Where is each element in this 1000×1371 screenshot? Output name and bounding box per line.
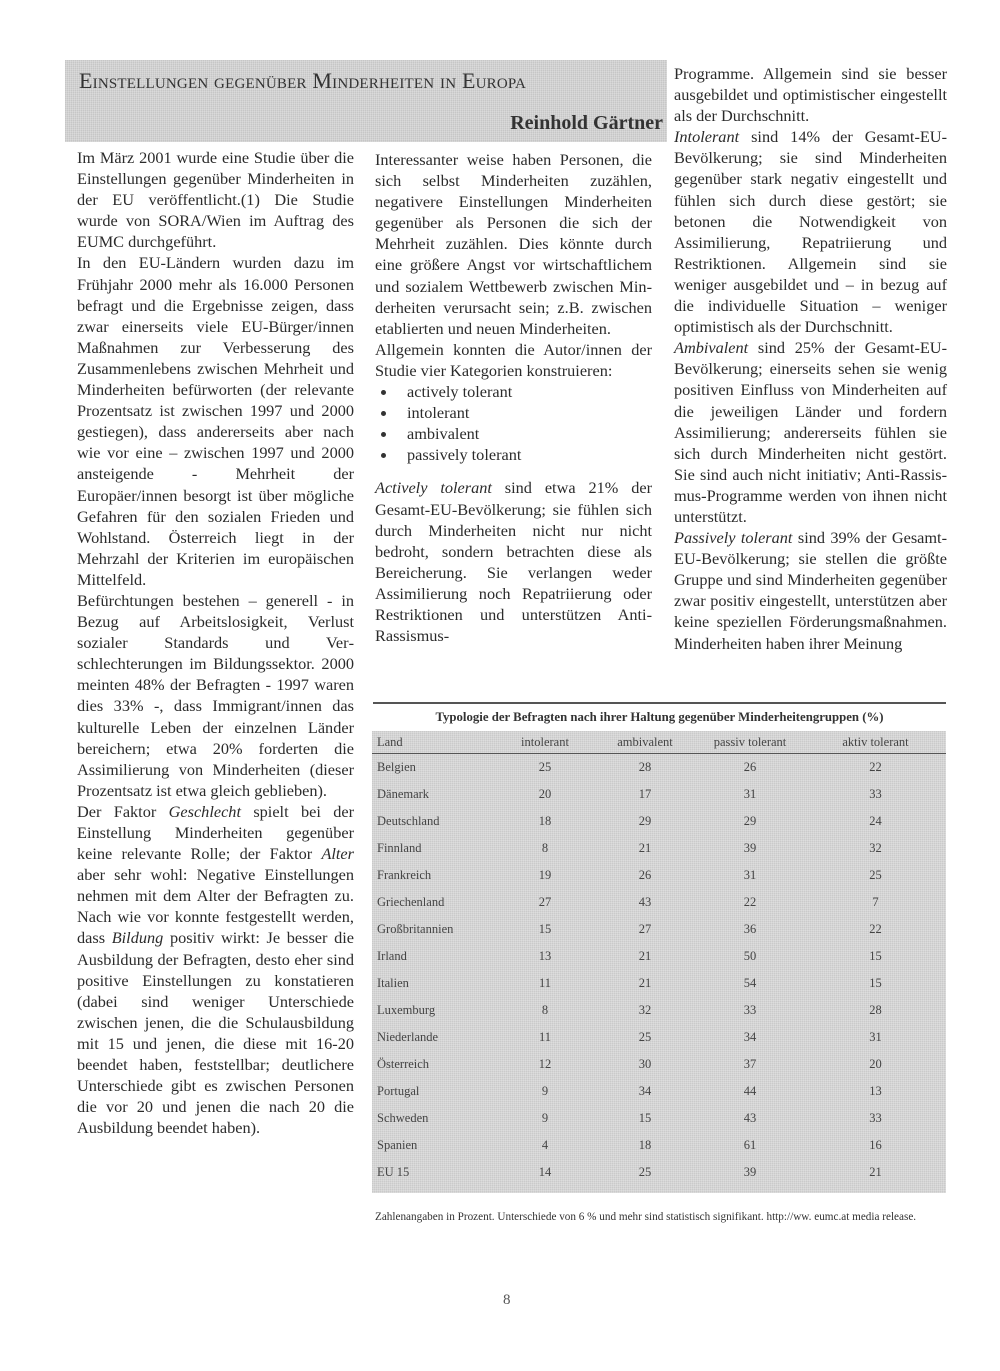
paragraph: Allgemein konnten die Autor/innen der St… — [375, 339, 652, 381]
country-cell: Belgien — [372, 754, 495, 782]
value-cell: 34 — [695, 1024, 805, 1051]
value-cell: 21 — [595, 943, 695, 970]
value-cell: 26 — [595, 862, 695, 889]
page-number: 8 — [503, 1292, 511, 1309]
value-cell: 32 — [595, 997, 695, 1024]
value-cell: 21 — [595, 835, 695, 862]
table-header-row: Land intolerant ambivalent passiv tolera… — [372, 731, 946, 754]
value-cell: 24 — [805, 808, 946, 835]
value-cell: 43 — [595, 889, 695, 916]
value-cell: 28 — [805, 997, 946, 1024]
value-cell: 31 — [695, 781, 805, 808]
value-cell: 43 — [695, 1105, 805, 1132]
value-cell: 37 — [695, 1051, 805, 1078]
value-cell: 30 — [595, 1051, 695, 1078]
table-row: Frankreich19263125 — [372, 862, 946, 889]
column-header: aktiv tolerant — [805, 731, 946, 754]
emphasis: Intolerant — [674, 127, 739, 146]
value-cell: 21 — [805, 1159, 946, 1186]
value-cell: 25 — [595, 1159, 695, 1186]
value-cell: 9 — [495, 1078, 595, 1105]
value-cell: 9 — [495, 1105, 595, 1132]
paragraph: Programme. Allgemein sind sie bes­ser au… — [674, 63, 947, 126]
value-cell: 39 — [695, 835, 805, 862]
emphasis: Actively tolerant — [375, 478, 492, 497]
country-cell: Italien — [372, 970, 495, 997]
value-cell: 25 — [595, 1024, 695, 1051]
paragraph: Der Faktor Geschlecht spielt bei der Ein… — [77, 801, 354, 1139]
table-row: Belgien25282622 — [372, 754, 946, 782]
table-row: Schweden9154333 — [372, 1105, 946, 1132]
value-cell: 13 — [495, 943, 595, 970]
value-cell: 11 — [495, 970, 595, 997]
text: Der Faktor — [77, 802, 169, 821]
paragraph: Befürchtungen bestehen – generell - in B… — [77, 590, 354, 801]
column-3: Programme. Allgemein sind sie bes­ser au… — [674, 63, 947, 654]
table-row: Portugal9344413 — [372, 1078, 946, 1105]
value-cell: 25 — [805, 862, 946, 889]
value-cell: 22 — [805, 754, 946, 782]
table-row: EU 1514253921 — [372, 1159, 946, 1186]
value-cell: 15 — [805, 970, 946, 997]
value-cell: 29 — [595, 808, 695, 835]
value-cell: 50 — [695, 943, 805, 970]
value-cell: 61 — [695, 1132, 805, 1159]
emphasis: Passively tolerant — [674, 528, 792, 547]
value-cell: 17 — [595, 781, 695, 808]
table-row: Niederlande11253431 — [372, 1024, 946, 1051]
article-title: Einstellungen gegenüber Minderheiten in … — [79, 68, 526, 94]
value-cell: 33 — [695, 997, 805, 1024]
value-cell: 4 — [495, 1132, 595, 1159]
country-cell: Portugal — [372, 1078, 495, 1105]
article-author: Reinhold Gärtner — [510, 112, 663, 135]
paragraph: Passively tolerant sind 39% der Ge­samt-… — [674, 527, 947, 654]
paragraph: Actively tolerant sind etwa 21% der Gesa… — [375, 477, 652, 646]
emphasis: Geschlecht — [169, 802, 241, 821]
value-cell: 33 — [805, 781, 946, 808]
table-row: Finnland8213932 — [372, 835, 946, 862]
value-cell: 27 — [495, 889, 595, 916]
list-item: intolerant — [375, 402, 652, 423]
table-row: Deutschland18292924 — [372, 808, 946, 835]
table-row: Luxemburg8323328 — [372, 997, 946, 1024]
country-cell: Griechenland — [372, 889, 495, 916]
value-cell: 19 — [495, 862, 595, 889]
value-cell: 39 — [695, 1159, 805, 1186]
value-cell: 16 — [805, 1132, 946, 1159]
value-cell: 13 — [805, 1078, 946, 1105]
text: sind 14% der Gesamt-EU-Bevölkerung; sie … — [674, 127, 947, 336]
country-cell: Großbritannien — [372, 916, 495, 943]
category-list: actively tolerant intolerant ambivalent … — [375, 381, 652, 465]
country-cell: EU 15 — [372, 1159, 495, 1186]
value-cell: 15 — [595, 1105, 695, 1132]
value-cell: 44 — [695, 1078, 805, 1105]
column-header: passiv tolerant — [695, 731, 805, 754]
country-cell: Schweden — [372, 1105, 495, 1132]
table-row: Spanien4186116 — [372, 1132, 946, 1159]
paragraph: Interessanter weise haben Personen, die … — [375, 149, 652, 339]
value-cell: 29 — [695, 808, 805, 835]
emphasis: Alter — [321, 844, 354, 863]
table-row: Österreich12303720 — [372, 1051, 946, 1078]
value-cell: 54 — [695, 970, 805, 997]
list-item: actively tolerant — [375, 381, 652, 402]
data-table-container: Land intolerant ambivalent passiv tolera… — [372, 731, 946, 1193]
country-cell: Deutschland — [372, 808, 495, 835]
table-row: Griechenland2743227 — [372, 889, 946, 916]
text: sind 25% der Gesamt-EU-Bevölkerung; eine… — [674, 338, 947, 526]
value-cell: 15 — [805, 943, 946, 970]
list-item: ambivalent — [375, 423, 652, 444]
value-cell: 12 — [495, 1051, 595, 1078]
list-item: passively tolerant — [375, 444, 652, 465]
value-cell: 22 — [695, 889, 805, 916]
country-cell: Niederlande — [372, 1024, 495, 1051]
country-cell: Finnland — [372, 835, 495, 862]
value-cell: 36 — [695, 916, 805, 943]
paragraph: Im März 2001 wurde eine Studie über die … — [77, 147, 354, 252]
value-cell: 22 — [805, 916, 946, 943]
value-cell: 7 — [805, 889, 946, 916]
column-header: ambivalent — [595, 731, 695, 754]
country-cell: Spanien — [372, 1132, 495, 1159]
table-row: Italien11215415 — [372, 970, 946, 997]
value-cell: 33 — [805, 1105, 946, 1132]
value-cell: 8 — [495, 997, 595, 1024]
text: positiv wirkt: Je besser die Ausbildung … — [77, 928, 354, 1137]
value-cell: 28 — [595, 754, 695, 782]
table-caption: Typologie der Befragten nach ihrer Haltu… — [373, 710, 946, 725]
value-cell: 18 — [595, 1132, 695, 1159]
value-cell: 14 — [495, 1159, 595, 1186]
column-header: Land — [372, 731, 495, 754]
value-cell: 31 — [805, 1024, 946, 1051]
value-cell: 21 — [595, 970, 695, 997]
country-cell: Irland — [372, 943, 495, 970]
paragraph: Ambivalent sind 25% der Gesamt-EU-Bevölk… — [674, 337, 947, 527]
table-row: Irland13215015 — [372, 943, 946, 970]
value-cell: 26 — [695, 754, 805, 782]
value-cell: 15 — [495, 916, 595, 943]
table-divider — [373, 702, 946, 704]
value-cell: 20 — [805, 1051, 946, 1078]
value-cell: 8 — [495, 835, 595, 862]
value-cell: 18 — [495, 808, 595, 835]
table-row: Großbritannien15273622 — [372, 916, 946, 943]
column-2: Interessanter weise haben Personen, die … — [375, 149, 652, 646]
paragraph: In den EU-Ländern wurden dazu im Frühjah… — [77, 252, 354, 590]
value-cell: 32 — [805, 835, 946, 862]
text: sind etwa 21% der Gesamt-EU-Bevölkerung;… — [375, 478, 652, 645]
title-band: Einstellungen gegenüber Minderheiten in … — [65, 60, 667, 142]
country-cell: Frankreich — [372, 862, 495, 889]
typology-table: Land intolerant ambivalent passiv tolera… — [372, 731, 946, 1186]
value-cell: 25 — [495, 754, 595, 782]
country-cell: Luxemburg — [372, 997, 495, 1024]
paragraph: Intolerant sind 14% der Gesamt-EU-Bevölk… — [674, 126, 947, 337]
country-cell: Österreich — [372, 1051, 495, 1078]
value-cell: 34 — [595, 1078, 695, 1105]
value-cell: 20 — [495, 781, 595, 808]
country-cell: Dänemark — [372, 781, 495, 808]
emphasis: Ambivalent — [674, 338, 748, 357]
emphasis: Bil­dung — [112, 928, 164, 947]
value-cell: 27 — [595, 916, 695, 943]
table-row: Dänemark20173133 — [372, 781, 946, 808]
value-cell: 11 — [495, 1024, 595, 1051]
table-note: Zahlenangaben in Prozent. Unterschiede v… — [375, 1210, 945, 1225]
value-cell: 31 — [695, 862, 805, 889]
column-1: Im März 2001 wurde eine Studie über die … — [77, 147, 354, 1138]
column-header: intolerant — [495, 731, 595, 754]
